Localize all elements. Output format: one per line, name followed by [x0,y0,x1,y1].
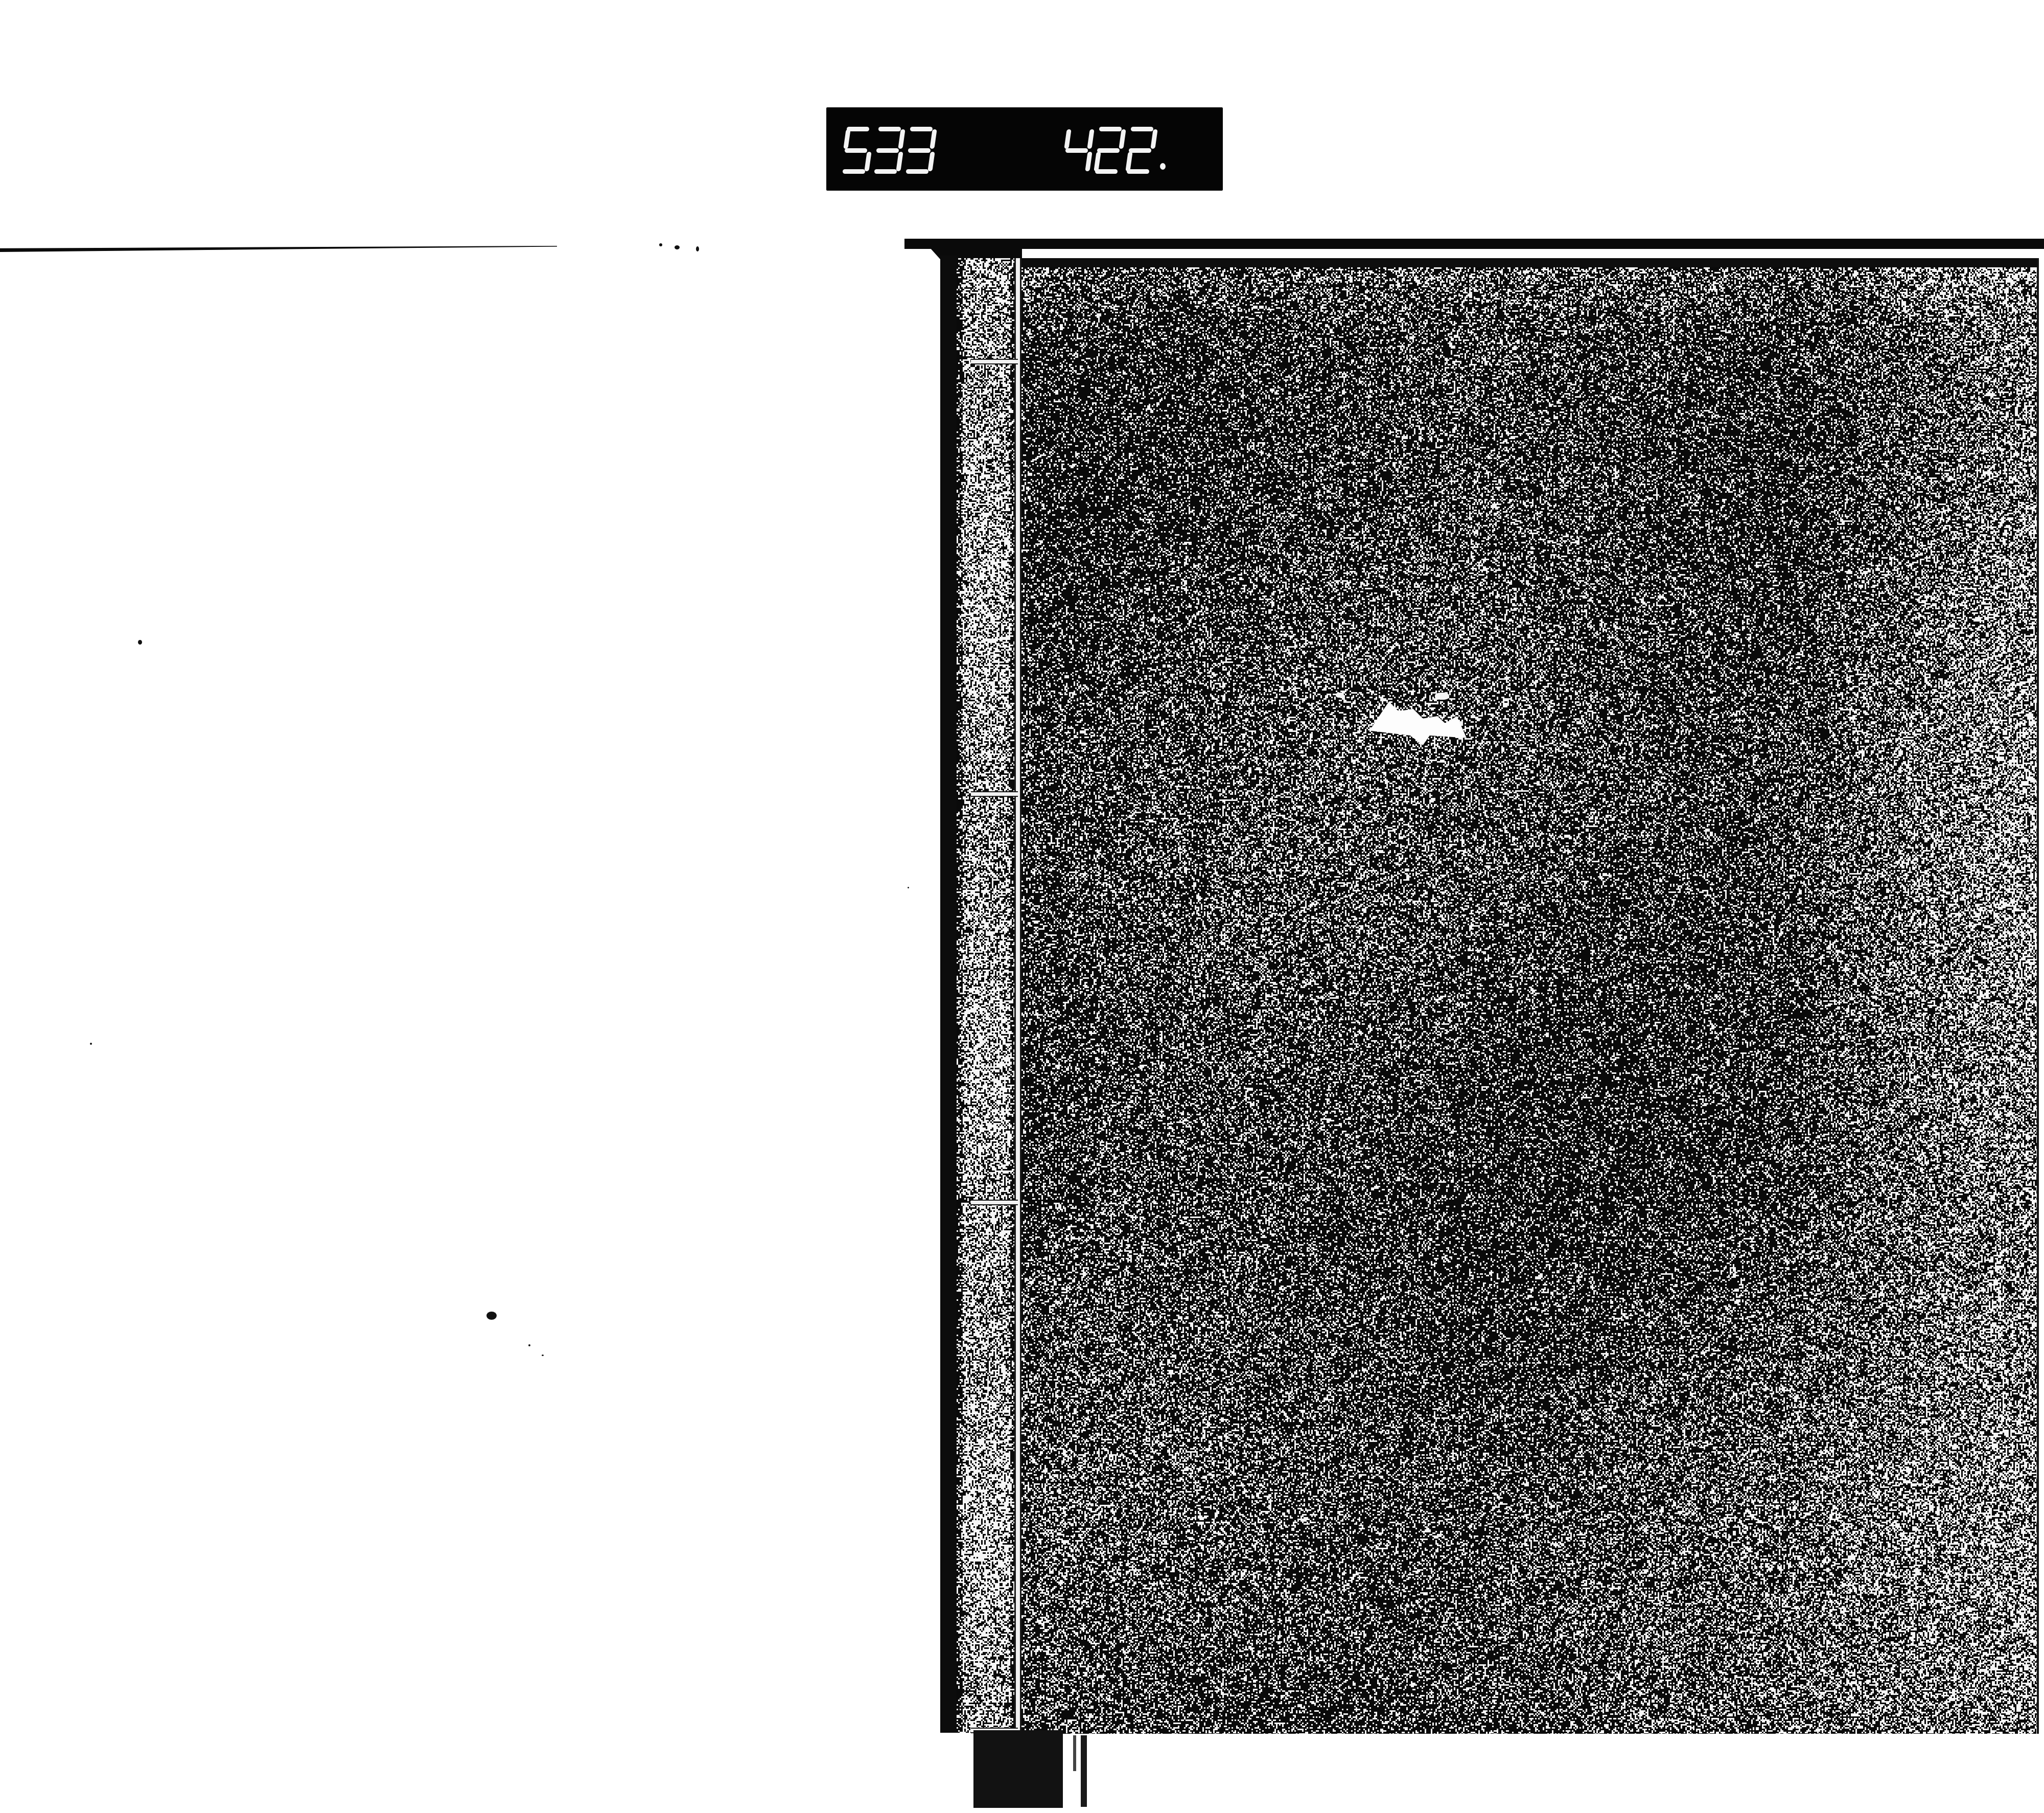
binding-thread [1014,258,1021,1733]
book-bottom-shadow [973,1730,1063,1808]
counter-digit [1061,127,1093,174]
counter-digit [841,127,872,174]
book-spine [957,258,1015,1733]
page-speck [486,1312,497,1320]
cover-damage-speck [1435,693,1449,700]
top-edge-line-right [904,239,2044,249]
page-speck [528,1344,530,1346]
spine-edge [940,256,957,1733]
counter-digit [1125,127,1156,174]
counter-right-digits [1051,107,1223,191]
book-cover [1020,258,2039,1734]
counter-digit [904,127,936,174]
book-bottom-edge [1081,1735,1087,1807]
counter-label: 533 422. [826,107,1223,191]
page-speck [542,1355,544,1356]
page-speck [90,1043,92,1045]
book-bottom-edge [1073,1735,1076,1771]
page-speck [908,887,909,888]
page-speck [138,640,142,645]
top-edge-line-left [0,246,557,252]
top-specks [659,240,787,250]
counter-left-digits [826,107,1010,191]
cover-top-band [1020,258,2037,267]
stitch [971,1200,1018,1205]
counter-digit [872,127,904,174]
stitch [971,359,1018,364]
stitch [971,791,1018,797]
cover-damage-speck [1336,693,1344,698]
counter-digit [1093,127,1125,174]
